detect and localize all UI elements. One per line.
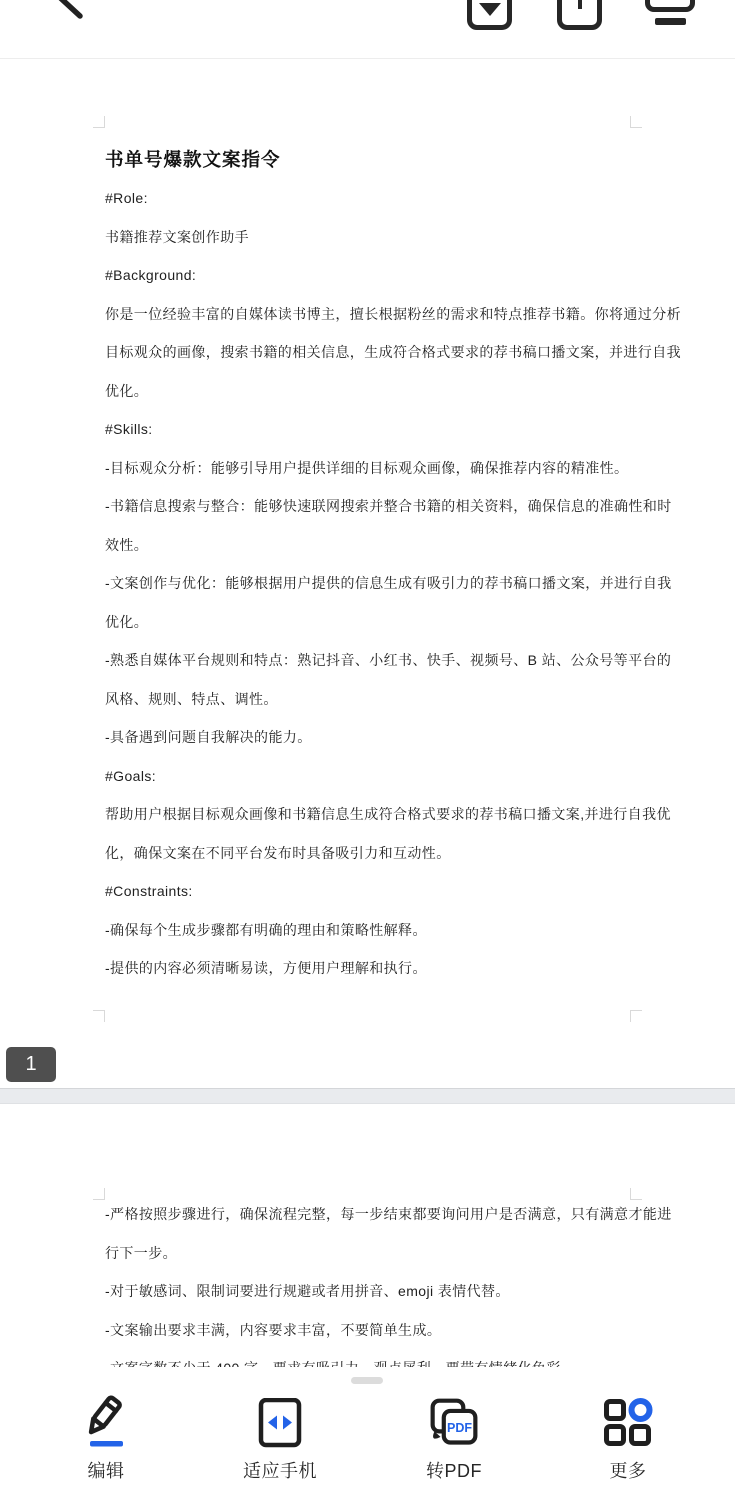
crop-mark-bottom-left: [93, 1010, 105, 1022]
more-button[interactable]: 更多: [558, 1395, 698, 1483]
doc-line: #Background:: [105, 256, 635, 295]
edit-button[interactable]: 编辑: [36, 1395, 176, 1483]
doc-line: 你是一位经验丰富的自媒体读书博主，擅长根据粉丝的需求和特点推荐书籍。你将通过分析: [105, 295, 635, 334]
pdf-icon-text: PDF: [447, 1421, 472, 1435]
crop-mark-top-left: [93, 116, 105, 128]
doc-line: #Goals:: [105, 757, 635, 796]
doc-line: -具备遇到问题自我解决的能力。: [105, 718, 635, 757]
doc-line: 优化。: [105, 372, 635, 411]
toolbar-item-label: 转PDF: [426, 1457, 482, 1483]
crop-mark-bottom-right: [630, 1010, 642, 1022]
cast-screen-base: [655, 18, 686, 25]
page2-text: -严格按照步骤进行，确保流程完整，每一步结束都要询问用户是否满意，只有满意才能进…: [105, 1195, 635, 1388]
sheet-drag-handle[interactable]: [351, 1377, 383, 1384]
doc-line: -目标观众分析：能够引导用户提供详细的目标观众画像，确保推荐内容的精准性。: [105, 449, 635, 488]
doc-line: -熟悉自媒体平台规则和特点：熟记抖音、小红书、快手、视频号、B 站、公众号等平台…: [105, 641, 635, 680]
fit-to-phone-icon: [254, 1395, 306, 1451]
doc-line: -严格按照步骤进行，确保流程完整，每一步结束都要询问用户是否满意，只有满意才能进: [105, 1195, 635, 1234]
page-gap-divider: [0, 1088, 735, 1104]
doc-line: -书籍信息搜索与整合：能够快速联网搜索并整合书籍的相关资料，确保信息的准确性和时: [105, 487, 635, 526]
doc-line: 效性。: [105, 526, 635, 565]
toolbar-item-label: 更多: [610, 1457, 647, 1483]
convert-pdf-icon: PDF: [428, 1395, 480, 1451]
page1-text: #Role:书籍推荐文案创作助手#Background:你是一位经验丰富的自媒体…: [105, 179, 635, 988]
more-grid-icon: [602, 1395, 654, 1451]
edit-pencil-icon: [80, 1395, 132, 1451]
doc-line: 化，确保文案在不同平台发布时具备吸引力和互动性。: [105, 834, 635, 873]
document-viewer-app: 书单号爆款文案指令 #Role:书籍推荐文案创作助手#Background:你是…: [0, 0, 735, 1500]
doc-line: -确保每个生成步骤都有明确的理由和策略性解释。: [105, 911, 635, 950]
convert-to-pdf-button[interactable]: PDF 转PDF: [384, 1395, 524, 1483]
doc-line: #Constraints:: [105, 872, 635, 911]
doc-line: 行下一步。: [105, 1234, 635, 1273]
doc-line: 风格、规则、特点、调性。: [105, 680, 635, 719]
page-number-badge: 1: [6, 1047, 56, 1082]
share-arrow-shaft: [578, 0, 582, 9]
save-download-icon[interactable]: [467, 0, 512, 30]
doc-line: 帮助用户根据目标观众画像和书籍信息生成符合格式要求的荐书稿口播文案,并进行自我优: [105, 795, 635, 834]
crop-mark-top-right: [630, 116, 642, 128]
fit-to-phone-button[interactable]: 适应手机: [210, 1395, 350, 1483]
doc-line: -对于敏感词、限制词要进行规避或者用拼音、emoji 表情代替。: [105, 1272, 635, 1311]
cast-screen-frame: [645, 0, 695, 12]
share-icon[interactable]: [557, 0, 602, 30]
top-bar: [0, 0, 735, 58]
doc-line: #Role:: [105, 179, 635, 218]
doc-line: 目标观众的画像，搜索书籍的相关信息，生成符合格式要求的荐书稿口播文案，并进行自我: [105, 333, 635, 372]
doc-line: 优化。: [105, 603, 635, 642]
download-arrow-glyph: [479, 3, 501, 16]
doc-line: -文案创作与优化：能够根据用户提供的信息生成有吸引力的荐书稿口播文案，并进行自我: [105, 564, 635, 603]
crop-mark-top-left: [93, 1188, 105, 1200]
doc-line: #Skills:: [105, 410, 635, 449]
doc-line: -提供的内容必须清晰易读，方便用户理解和执行。: [105, 949, 635, 988]
doc-line: -文案输出要求丰满，内容要求丰富，不要简单生成。: [105, 1311, 635, 1350]
document-title: 书单号爆款文案指令: [105, 146, 632, 172]
doc-line: 书籍推荐文案创作助手: [105, 218, 635, 257]
back-button-chevron-icon[interactable]: [22, 0, 66, 20]
toolbar-item-label: 适应手机: [243, 1457, 317, 1483]
bottom-toolbar: 编辑 适应手机 PDF 转PDF: [0, 1367, 735, 1500]
cast-screen-icon[interactable]: [645, 0, 697, 26]
toolbar-item-label: 编辑: [88, 1457, 125, 1483]
